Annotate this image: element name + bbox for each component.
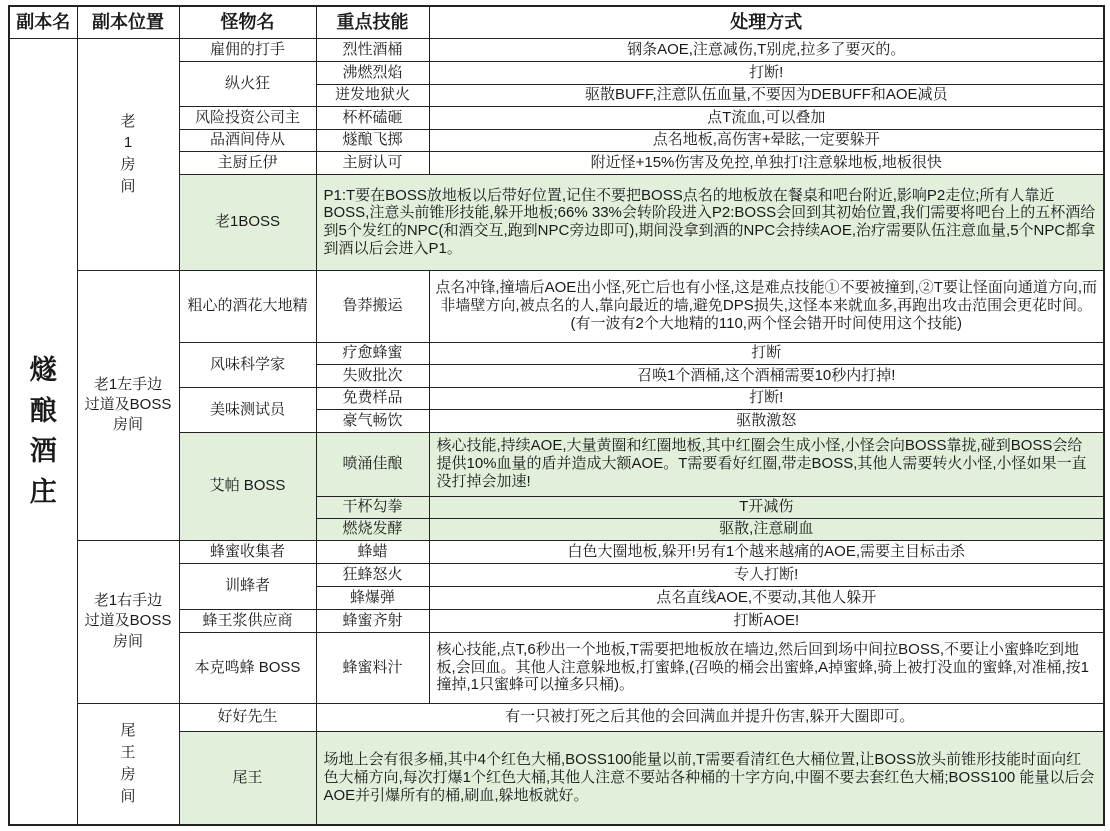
skill-cell: 燧酿飞掷 [316,129,429,151]
location-cell-right-hall: 老1右手边 过道及BOSS 房间 [77,540,179,703]
skill-cell: 免费样品 [316,387,429,409]
handling-cell: 驱散激怒 [429,409,1104,432]
location-cell-room1: 老1房间 [77,38,179,270]
handling-cell: 打断AOE! [429,609,1104,632]
table-row: 老1左手边 过道及BOSS 房间 粗心的酒花大地精 鲁莽搬运 点名冲锋,撞墙后A… [9,270,1104,342]
skill-cell: 燃烧发酵 [316,518,429,540]
handling-cell: 点名地板,高伤害+晕眩,一定要躲开 [429,129,1104,151]
skill-cell: 蜂爆弹 [316,586,429,609]
header-monster-col: 怪物名 [179,6,316,38]
monster-cell: 蜂蜜收集者 [179,540,316,563]
skill-cell: 蜂蜜齐射 [316,609,429,632]
monster-cell: 好好先生 [179,703,316,731]
handling-cell: 打断! [429,61,1104,84]
handling-cell: 打断 [429,342,1104,364]
monster-cell: 纵火狂 [179,61,316,106]
skill-cell: 失败批次 [316,364,429,387]
header-handling-col: 处理方式 [429,6,1104,38]
handling-cell: 白色大圈地板,躲开!另有1个越来越痛的AOE,需要主目标击杀 [429,540,1104,563]
monster-cell: 训蜂者 [179,563,316,609]
header-row: 副本名 副本位置 怪物名 重点技能 处理方式 [9,6,1104,38]
skill-cell: 喷涌佳酿 [316,432,429,496]
handling-cell: T开减伤 [429,496,1104,518]
monster-cell: 风险投资公司主 [179,106,316,129]
handling-cell: 附近怪+15%伤害及免控,单独打!注意躲地板,地板很快 [429,151,1104,174]
handling-cell-boss2: 核心技能,持续AOE,大量黄圈和红圈地板,其中红圈会生成小怪,小怪会向BOSS靠… [429,432,1104,496]
location-room1: 老1房间 [119,111,138,198]
monster-cell: 蜂王浆供应商 [179,609,316,632]
skill-cell: 狂蜂怒火 [316,563,429,586]
monster-cell: 风味科学家 [179,342,316,387]
dungeon-guide-table: 副本名 副本位置 怪物名 重点技能 处理方式 燧酿酒庄 老1房间 雇佣的打手 烈… [8,5,1105,826]
monster-cell: 粗心的酒花大地精 [179,270,316,342]
skill-cell: 干杯勾拳 [316,496,429,518]
handling-cell-boss3: 核心技能,点T,6秒出一个地板,T需要把地板放在墙边,然后回到场中间拉BOSS,… [429,632,1104,703]
monster-cell: 品酒间侍从 [179,129,316,151]
dungeon-name: 燧酿酒庄 [26,350,60,512]
location-cell-final-room: 尾王房间 [77,703,179,825]
skill-cell: 主厨认可 [316,151,429,174]
table-row: 燧酿酒庄 老1房间 雇佣的打手 烈性酒桶 钢条AOE,注意减伤,T别虎,拉多了要… [9,38,1104,61]
handling-cell: 点T流血,可以叠加 [429,106,1104,129]
monster-cell-boss2: 艾帕 BOSS [179,432,316,540]
skill-cell: 烈性酒桶 [316,38,429,61]
skill-cell: 疗愈蜂蜜 [316,342,429,364]
page: 副本名 副本位置 怪物名 重点技能 处理方式 燧酿酒庄 老1房间 雇佣的打手 烈… [0,0,1110,826]
handling-cell: 驱散BUFF,注意队伍血量,不要因为DEBUFF和AOE减员 [429,84,1104,106]
skill-cell: 豪气畅饮 [316,409,429,432]
monster-cell: 美味测试员 [179,387,316,432]
location-cell-left-hall: 老1左手边 过道及BOSS 房间 [77,270,179,540]
header-location-col: 副本位置 [77,6,179,38]
monster-cell-final-boss: 尾王 [179,731,316,825]
skill-cell: 蜂蜜料汁 [316,632,429,703]
handling-cell: 点名直线AOE,不要动,其他人躲开 [429,586,1104,609]
handling-cell: 有一只被打死之后其他的会回满血并提升伤害,躲开大圈即可。 [316,703,1104,731]
handling-cell: 召唤1个酒桶,这个酒桶需要10秒内打掉! [429,364,1104,387]
monster-cell: 主厨丘伊 [179,151,316,174]
skill-cell: 鲁莽搬运 [316,270,429,342]
handling-cell-final-boss: 场地上会有很多桶,其中4个红色大桶,BOSS100能量以前,T需要看清红色大桶位… [316,731,1104,825]
handling-cell: 钢条AOE,注意减伤,T别虎,拉多了要灭的。 [429,38,1104,61]
skill-cell: 杯杯磕砸 [316,106,429,129]
handling-cell-boss1: P1:T要在BOSS放地板以后带好位置,记住不要把BOSS点名的地板放在餐桌和吧… [316,174,1104,270]
header-skill-col: 重点技能 [316,6,429,38]
handling-cell: 点名冲锋,撞墙后AOE出小怪,死亡后也有小怪,这是难点技能①不要被撞到,②T要让… [429,270,1104,342]
handling-cell: 驱散,注意刷血 [429,518,1104,540]
dungeon-name-cell: 燧酿酒庄 [9,38,77,825]
table-row: 老1右手边 过道及BOSS 房间 蜂蜜收集者 蜂蜡 白色大圈地板,躲开!另有1个… [9,540,1104,563]
skill-cell: 沸燃烈焰 [316,61,429,84]
monster-cell-boss3: 本克鸣蜂 BOSS [179,632,316,703]
table-row: 尾王房间 好好先生 有一只被打死之后其他的会回满血并提升伤害,躲开大圈即可。 [9,703,1104,731]
handling-cell: 打断! [429,387,1104,409]
location-final-room: 尾王房间 [119,720,138,807]
skill-cell: 蜂蜡 [316,540,429,563]
monster-cell: 雇佣的打手 [179,38,316,61]
monster-cell-boss1: 老1BOSS [179,174,316,270]
skill-cell: 迸发地狱火 [316,84,429,106]
header-dungeon-col: 副本名 [9,6,77,38]
handling-cell: 专人打断! [429,563,1104,586]
